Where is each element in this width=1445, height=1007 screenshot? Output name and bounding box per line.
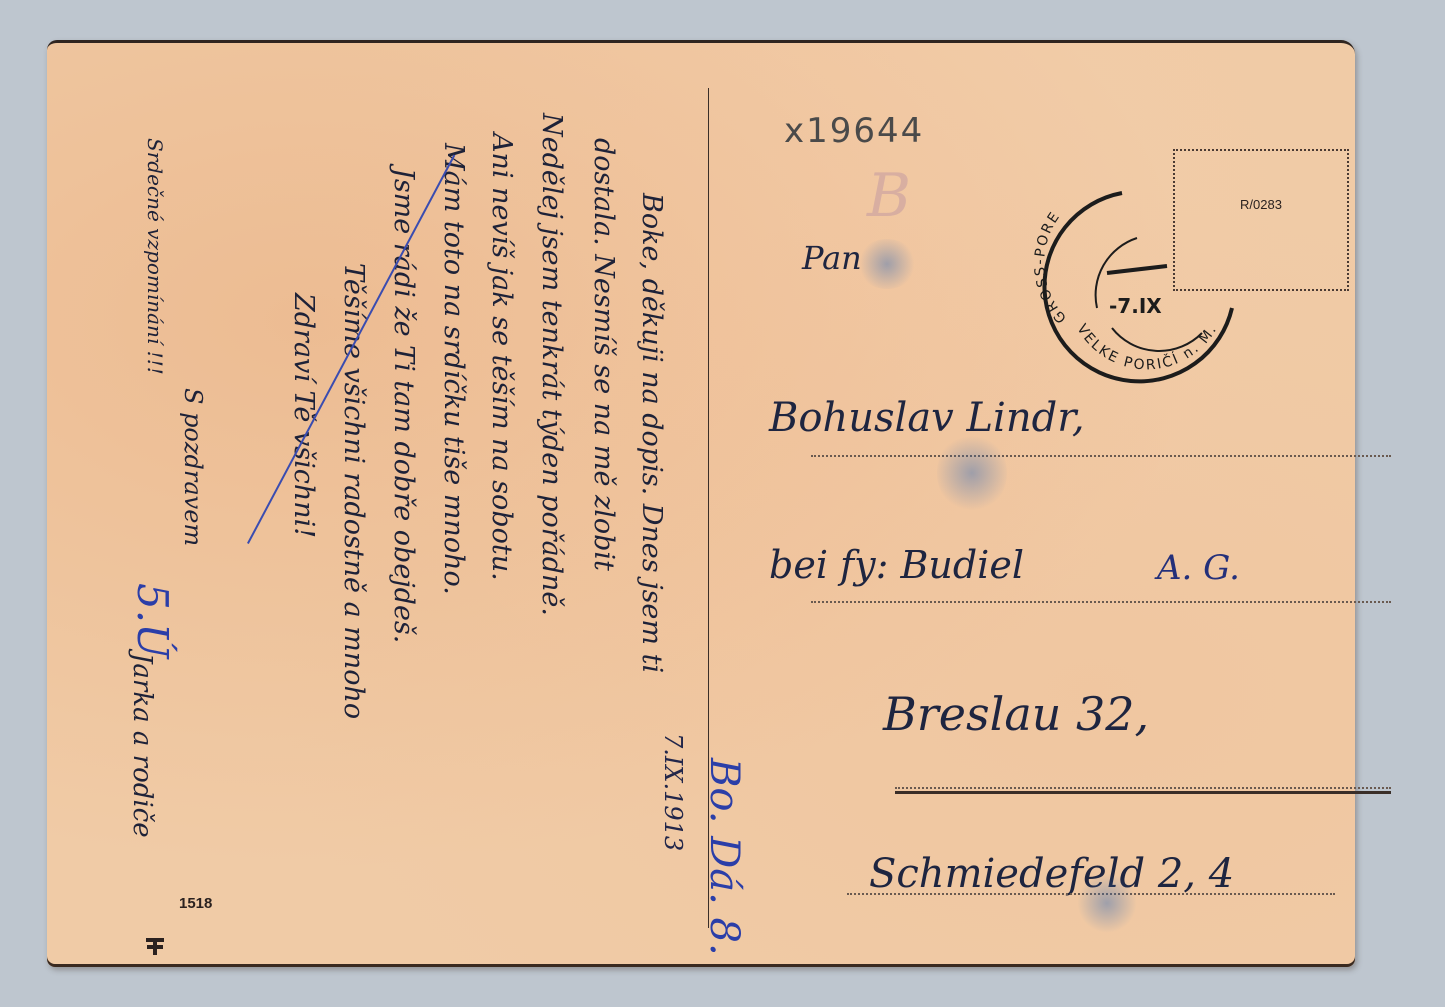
publisher-number: 1518	[179, 895, 212, 912]
message-line: Boke, děkuji na dopis. Dnes jsem ti	[636, 193, 667, 673]
message-line: Jsme rádi že Ti tam dobře obejdeš.	[388, 168, 419, 643]
side-note: Srdečné vzpomínání !!!	[143, 138, 167, 375]
message-line: Těšíme všichni radostně a mnoho	[338, 263, 369, 719]
address-city: Breslau 32,	[883, 687, 1149, 741]
postmark-date: -7.IX	[1109, 294, 1162, 318]
signature: Jarka a rodiče	[127, 653, 157, 838]
postmark-bottom: VELKE PORIČÍ n. M.	[1073, 321, 1220, 373]
address-line-3	[895, 787, 1391, 789]
address-line-1	[811, 455, 1391, 457]
svg-text:VELKE PORIČÍ n. M.: VELKE PORIČÍ n. M.	[1073, 321, 1220, 373]
postmark-icon: GROSS-PORE VELKE PORIČÍ n. M. -7.IX	[1027, 168, 1257, 398]
ink-smudge	[937, 433, 1007, 513]
address-street: Schmiedefeld 2, 4	[869, 851, 1234, 897]
ink-smudge	[857, 239, 917, 289]
message-line: Nedělej jsem tenkrát týden pořádně.	[536, 113, 567, 616]
address-underline	[895, 791, 1391, 794]
ink-smudge	[1077, 873, 1137, 933]
address-company: bei fy: Budiel	[769, 543, 1024, 587]
address-salutation: Pan	[802, 239, 862, 277]
blue-annotation: 5.Ú	[128, 583, 177, 658]
date-annotation: 7.IX.1913	[659, 733, 687, 851]
message-closing: S pozdravem	[179, 388, 207, 546]
address-line-2	[811, 601, 1391, 603]
catalog-number: x19644	[784, 111, 924, 151]
faint-pencil-mark: B	[867, 161, 911, 231]
message-line: Ani nevíš jak se těším na sobotu.	[486, 133, 517, 581]
message-line: dostala. Nesmíš se na mě zlobit	[588, 138, 619, 571]
message-line: Mám toto na srdíčku tiše mnoho.	[438, 143, 469, 595]
publisher-logo-icon	[144, 935, 166, 957]
postcard: x19644 R/0283 GROSS-PORE VELKE PORIČÍ n.…	[47, 40, 1355, 967]
address-company-suffix: A. G.	[1157, 548, 1240, 588]
card-divider	[708, 88, 709, 928]
address-name: Bohuslav Lindr,	[769, 395, 1085, 441]
